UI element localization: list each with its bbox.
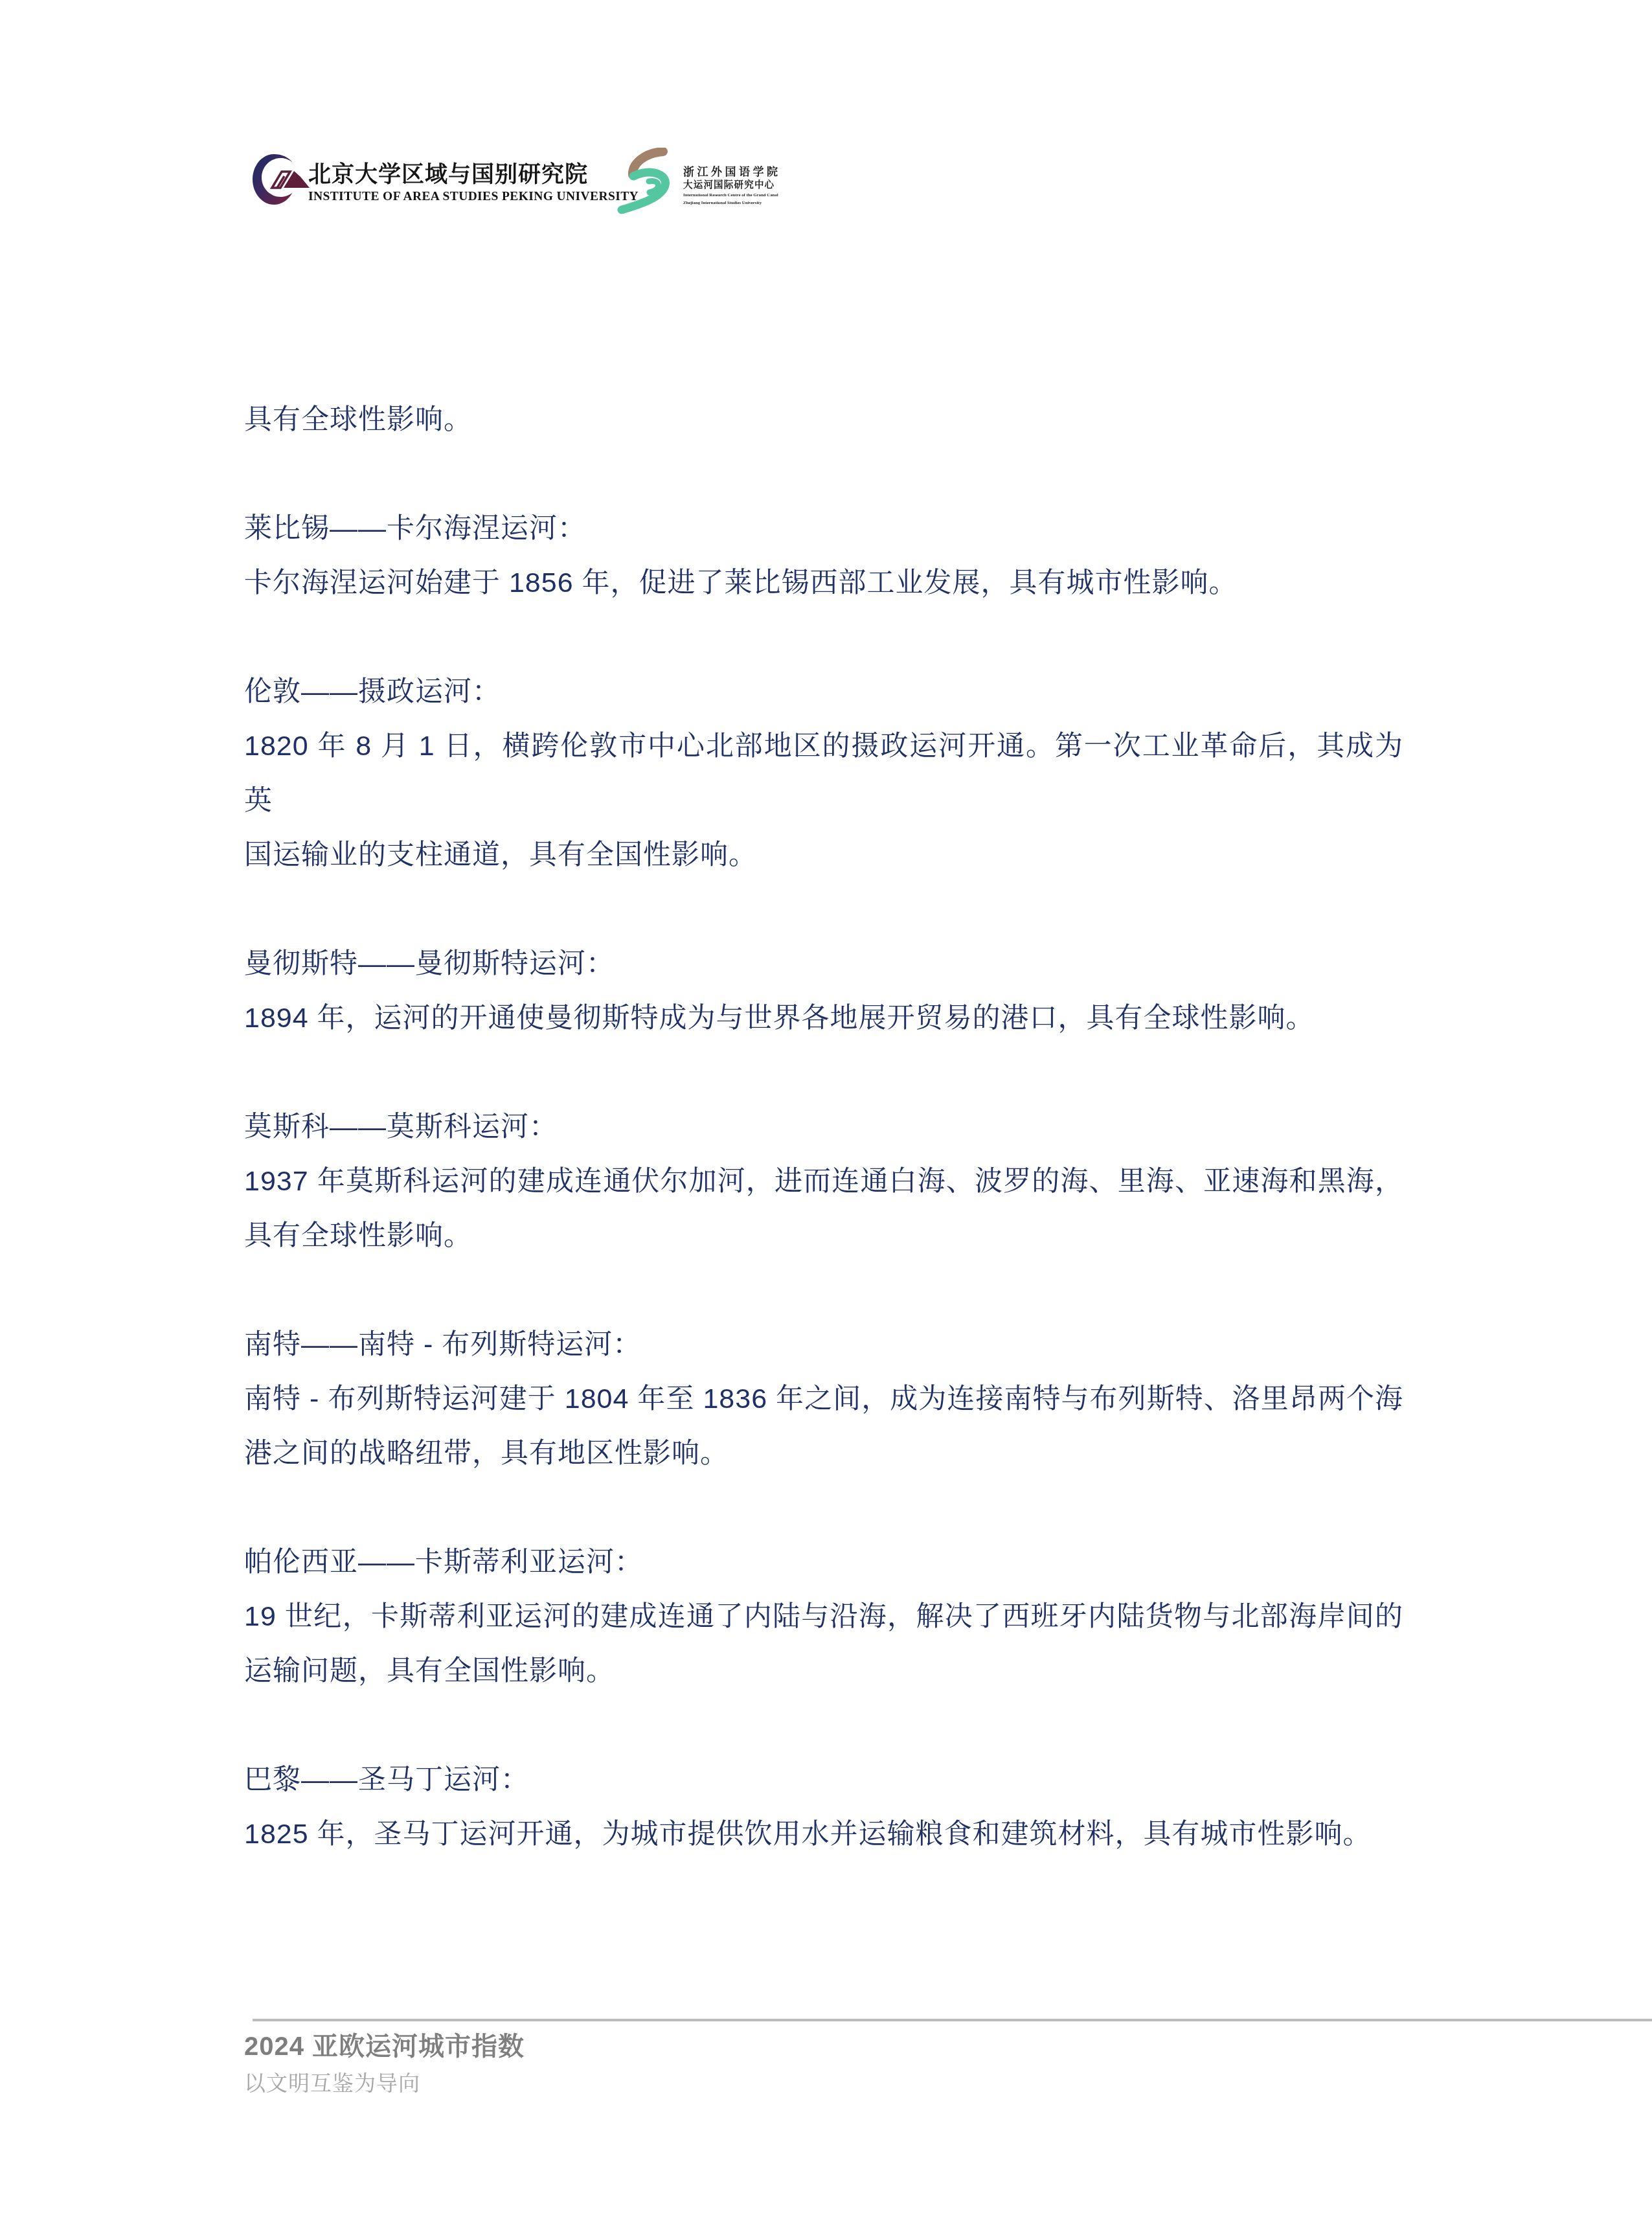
pku-logo-cn-title: 北京大学区域与国别研究院 xyxy=(308,162,639,188)
section-heading: 莱比锡——卡尔海涅运河： xyxy=(244,501,1403,556)
section-heading: 曼彻斯特——曼彻斯特运河： xyxy=(244,937,1403,991)
page-header: 北京大学区域与国别研究院 INSTITUTE OF AREA STUDIES P… xyxy=(0,0,1652,272)
document-body: 具有全球性影响。 莱比锡——卡尔海涅运河： 卡尔海涅运河始建于 1856 年，促… xyxy=(244,392,1403,1861)
body-line: 1820 年 8 月 1 日，横跨伦敦市中心北部地区的摄政运河开通。第一次工业革… xyxy=(244,719,1403,828)
body-line: 1894 年，运河的开通使曼彻斯特成为与世界各地展开贸易的港口，具有全球性影响。 xyxy=(244,991,1403,1045)
section-heading: 帕伦西亚——卡斯蒂利亚运河： xyxy=(244,1535,1403,1589)
grand-canal-center-logo: 浙江外国语学院 大运河国际研究中心 International Research… xyxy=(617,148,781,214)
grand-canal-swirl-logo-icon xyxy=(617,148,678,214)
footer-report-title: 2024 亚欧运河城市指数 xyxy=(244,2031,525,2062)
section-heading: 巴黎——圣马丁运河： xyxy=(244,1753,1403,1807)
intro-paragraph: 具有全球性影响。 xyxy=(244,392,1403,447)
pku-logo-en-title: INSTITUTE OF AREA STUDIES PEKING UNIVERS… xyxy=(308,190,639,204)
section-palencia: 帕伦西亚——卡斯蒂利亚运河： 19 世纪，卡斯蒂利亚运河的建成连通了内陆与沿海，… xyxy=(244,1535,1403,1698)
zisu-logo-cn-line2: 大运河国际研究中心 xyxy=(683,180,781,191)
zisu-logo-cn-line1: 浙江外国语学院 xyxy=(683,166,781,179)
section-manchester: 曼彻斯特——曼彻斯特运河： 1894 年，运河的开通使曼彻斯特成为与世界各地展开… xyxy=(244,937,1403,1045)
section-moscow: 莫斯科——莫斯科运河： 1937 年莫斯科运河的建成连通伏尔加河，进而连通白海、… xyxy=(244,1100,1403,1263)
section-paris: 巴黎——圣马丁运河： 1825 年，圣马丁运河开通，为城市提供饮用水并运输粮食和… xyxy=(244,1753,1403,1861)
section-heading: 莫斯科——莫斯科运河： xyxy=(244,1100,1403,1154)
grand-canal-logo-names: 浙江外国语学院 大运河国际研究中心 International Research… xyxy=(683,148,781,206)
footer-report-subtitle: 以文明互鉴为导向 xyxy=(244,2070,420,2097)
body-line: 卡尔海涅运河始建于 1856 年，促进了莱比锡西部工业发展，具有城市性影响。 xyxy=(244,556,1403,610)
section-heading: 伦敦——摄政运河： xyxy=(244,664,1403,719)
body-line: 具有全球性影响。 xyxy=(244,392,1403,447)
body-line: 运输问题，具有全国性影响。 xyxy=(244,1644,1403,1698)
body-line: 港之间的战略纽带，具有地区性影响。 xyxy=(244,1426,1403,1481)
body-line: 19 世纪，卡斯蒂利亚运河的建成连通了内陆与沿海，解决了西班牙内陆货物与北部海岸… xyxy=(244,1589,1403,1644)
pku-institute-logo: 北京大学区域与国别研究院 INSTITUTE OF AREA STUDIES P… xyxy=(253,154,639,207)
ias-crescent-logo-icon xyxy=(253,154,317,207)
zisu-logo-en-line1: International Research Centre of the Gra… xyxy=(683,193,781,199)
body-line: 1825 年，圣马丁运河开通，为城市提供饮用水并运输粮食和建筑材料，具有城市性影… xyxy=(244,1807,1403,1861)
pku-logo-names: 北京大学区域与国别研究院 INSTITUTE OF AREA STUDIES P… xyxy=(308,154,639,204)
body-line: 南特 - 布列斯特运河建于 1804 年至 1836 年之间，成为连接南特与布列… xyxy=(244,1372,1403,1426)
document-page: 北京大学区域与国别研究院 INSTITUTE OF AREA STUDIES P… xyxy=(0,0,1652,2226)
section-leipzig: 莱比锡——卡尔海涅运河： 卡尔海涅运河始建于 1856 年，促进了莱比锡西部工业… xyxy=(244,501,1403,610)
section-heading: 南特——南特 - 布列斯特运河： xyxy=(244,1317,1403,1372)
section-nantes: 南特——南特 - 布列斯特运河： 南特 - 布列斯特运河建于 1804 年至 1… xyxy=(244,1317,1403,1481)
body-line: 具有全球性影响。 xyxy=(244,1209,1403,1263)
zisu-logo-en-line2: Zhejiang International Studies Universit… xyxy=(683,201,781,207)
body-line: 国运输业的支柱通道，具有全国性影响。 xyxy=(244,828,1403,882)
footer-rule xyxy=(253,2019,1652,2021)
section-london: 伦敦——摄政运河： 1820 年 8 月 1 日，横跨伦敦市中心北部地区的摄政运… xyxy=(244,664,1403,882)
body-line: 1937 年莫斯科运河的建成连通伏尔加河，进而连通白海、波罗的海、里海、亚速海和… xyxy=(244,1154,1403,1209)
